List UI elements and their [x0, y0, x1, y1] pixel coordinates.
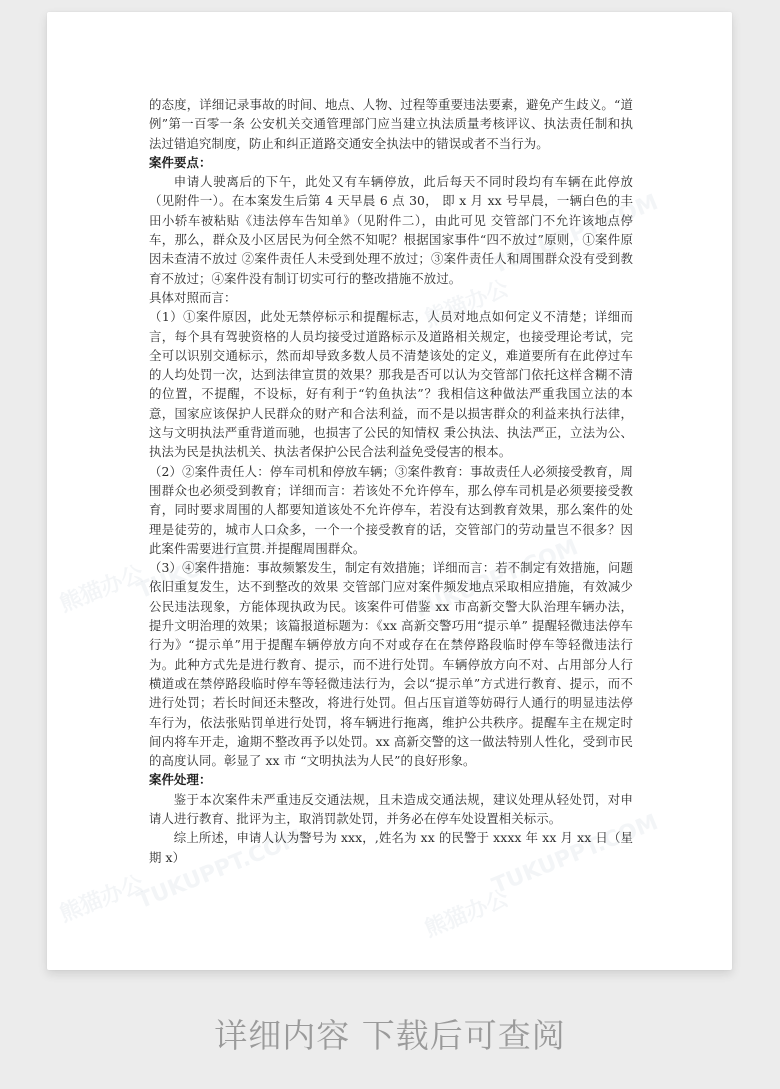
download-prompt-banner[interactable]: 详细内容 下载后可查阅 — [0, 1010, 780, 1057]
document-page: 熊猫办公 TUKUPPT.COM 熊猫办公 TUKUPPT.COM TUKUPP… — [47, 12, 732, 970]
paragraph-case-handling: 鉴于本次案件未严重违反交通法规，且未造成交通法规，建议处理从轻处罚，对申请人进行… — [149, 790, 633, 829]
paragraph-case-points: 申请人驶离后的下午，此处又有车辆停放，此后每天不同时段均有车辆在此停放（见附件一… — [149, 172, 633, 288]
paragraph-summary: 综上所述，申请人认为警号为 xxx，,姓名为 xx 的民警于 xxxx 年 xx… — [149, 828, 633, 867]
heading-case-points: 案件要点： — [149, 153, 633, 172]
heading-case-handling: 案件处理： — [149, 770, 633, 789]
paragraph-item-2: （2）②案件责任人：停车司机和停放车辆；③案件教育：事故责任人必须接受教育，周围… — [149, 462, 633, 558]
paragraph-intro: 的态度，详细记录事故的时间、地点、人物、过程等重要违法要素，避免产生歧义。“道例… — [149, 95, 633, 153]
paragraph-comparison-intro: 具体对照而言： — [149, 288, 633, 307]
watermark: 熊猫办公 — [419, 882, 512, 944]
paragraph-item-1: （1）①案件原因，此处无禁停标示和提醒标志，人员对地点如何定义不清楚；详细而言，… — [149, 307, 633, 461]
document-body: 的态度，详细记录事故的时间、地点、人物、过程等重要违法要素，避免产生歧义。“道例… — [149, 95, 633, 867]
watermark: 熊猫办公 — [54, 557, 147, 619]
paragraph-item-3: （3）④案件措施：事故频繁发生，制定有效措施；详细而言：若不制定有效措施，问题依… — [149, 558, 633, 770]
watermark: 熊猫办公 — [54, 867, 147, 929]
